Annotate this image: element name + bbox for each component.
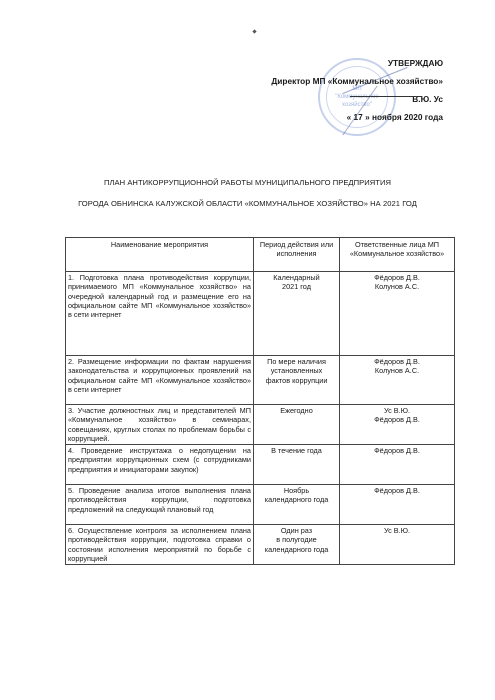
signature-line xyxy=(350,96,422,97)
cell-activity: 2. Размещение информации по фактам наруш… xyxy=(66,356,254,405)
responsible-line: Фёдоров Д.В. xyxy=(342,446,452,455)
cell-responsible: Ус В.Ю. Фёдоров Д.В. xyxy=(340,405,455,445)
period-line: По мере наличия xyxy=(256,357,337,366)
cell-responsible: Фёдоров Д.В. xyxy=(340,445,455,485)
responsible-line: Фёдоров Д.В. xyxy=(342,273,452,282)
table-row: 5. Проведение анализа итогов выполнения … xyxy=(66,485,455,525)
approval-position: Директор МП «Коммунальное хозяйство» xyxy=(271,77,443,85)
period-line: фактов коррупции xyxy=(256,376,337,385)
table-row: 6. Осуществление контроля за исполнением… xyxy=(66,525,455,565)
period-line: календарного года xyxy=(256,495,337,504)
header-responsible: Ответственные лица МП «Коммунальное хозя… xyxy=(340,238,455,272)
responsible-line: Колунов А.С. xyxy=(342,366,452,375)
anticorruption-plan-table: Наименование мероприятия Период действия… xyxy=(65,237,455,565)
responsible-line: Колунов А.С. xyxy=(342,282,452,291)
responsible-line: Фёдоров Д.В. xyxy=(342,357,452,366)
approval-date: « 17 » ноября 2020 года xyxy=(347,113,443,121)
cell-period: В течение года xyxy=(254,445,340,485)
scan-speck xyxy=(252,29,256,33)
responsible-line: Фёдоров Д.В. xyxy=(342,486,452,495)
cell-period: Календарный 2021 год xyxy=(254,272,340,356)
table-row: 2. Размещение информации по фактам наруш… xyxy=(66,356,455,405)
cell-responsible: Ус В.Ю. xyxy=(340,525,455,565)
period-line: Один раз xyxy=(256,526,337,535)
responsible-line: Фёдоров Д.В. xyxy=(342,415,452,424)
period-line: 2021 год xyxy=(256,282,337,291)
cell-period: Ежегодно xyxy=(254,405,340,445)
cell-activity: 5. Проведение анализа итогов выполнения … xyxy=(66,485,254,525)
header-name: Наименование мероприятия xyxy=(66,238,254,272)
period-line: установленных xyxy=(256,366,337,375)
document-title-line-2: ГОРОДА ОБНИНСКА КАЛУЖСКОЙ ОБЛАСТИ «КОММУ… xyxy=(0,199,495,208)
table-header-row: Наименование мероприятия Период действия… xyxy=(66,238,455,272)
table-row: 3. Участие должностных лиц и представите… xyxy=(66,405,455,445)
cell-period: Один раз в полугодие календарного года xyxy=(254,525,340,565)
responsible-line: Ус В.Ю. xyxy=(342,406,452,415)
cell-period: Ноябрь календарного года xyxy=(254,485,340,525)
table-row: 4. Проведение инструктажа о недопущении … xyxy=(66,445,455,485)
cell-activity: 6. Осуществление контроля за исполнением… xyxy=(66,525,254,565)
cell-responsible: Фёдоров Д.В. Колунов А.С. xyxy=(340,356,455,405)
period-line: Календарный xyxy=(256,273,337,282)
cell-activity: 4. Проведение инструктажа о недопущении … xyxy=(66,445,254,485)
table-row: 1. Подготовка плана противодействия корр… xyxy=(66,272,455,356)
period-line: в полугодие xyxy=(256,535,337,544)
header-period: Период действия или исполнения xyxy=(254,238,340,272)
cell-activity: 3. Участие должностных лиц и представите… xyxy=(66,405,254,445)
approval-heading: УТВЕРЖДАЮ xyxy=(388,59,443,67)
period-line: Ноябрь xyxy=(256,486,337,495)
cell-responsible: Фёдоров Д.В. xyxy=(340,485,455,525)
cell-responsible: Фёдоров Д.В. Колунов А.С. xyxy=(340,272,455,356)
cell-activity: 1. Подготовка плана противодействия корр… xyxy=(66,272,254,356)
cell-period: По мере наличия установленных фактов кор… xyxy=(254,356,340,405)
responsible-line: Ус В.Ю. xyxy=(342,526,452,535)
period-line: календарного года xyxy=(256,545,337,554)
document-title-line-1: ПЛАН АНТИКОРРУПЦИОННОЙ РАБОТЫ МУНИЦИПАЛЬ… xyxy=(0,178,495,187)
period-line: В течение года xyxy=(256,446,337,455)
approval-block: УТВЕРЖДАЮ Директор МП «Коммунальное хозя… xyxy=(223,57,443,137)
period-line: Ежегодно xyxy=(256,406,337,415)
